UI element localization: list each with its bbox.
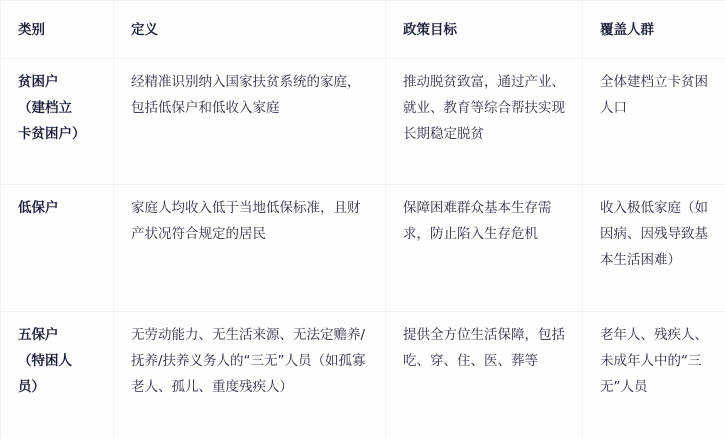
cell-coverage: 收入极低家庭（如因病、因残导致基本生活困难）: [583, 185, 725, 312]
header-definition: 定义: [114, 1, 386, 59]
cell-category: 低保户: [1, 185, 114, 312]
table-header-row: 类别 定义 政策目标 覆盖人群: [1, 1, 725, 59]
cell-coverage: 全体建档立卡贫困人口: [583, 59, 725, 185]
cell-coverage: 老年人、残疾人、未成年人中的“三无”人员: [583, 312, 725, 439]
table-row: 低保户 家庭人均收入低于当地低保标准，且财产状况符合规定的居民 保障困难群众基本…: [1, 185, 725, 312]
header-policy-goal: 政策目标: [386, 1, 583, 59]
cell-definition: 无劳动能力、无生活来源、无法定赡养/抚养/扶养义务人的“三无”人员（如孤寡老人、…: [114, 312, 386, 439]
cell-definition: 家庭人均收入低于当地低保标准，且财产状况符合规定的居民: [114, 185, 386, 312]
cell-category: 五保户（特困人员）: [1, 312, 114, 439]
table-row: 五保户（特困人员） 无劳动能力、无生活来源、无法定赡养/抚养/扶养义务人的“三无…: [1, 312, 725, 439]
header-category: 类别: [1, 1, 114, 59]
cell-policy-goal: 推动脱贫致富，通过产业、就业、教育等综合帮扶实现长期稳定脱贫: [386, 59, 583, 185]
table-row: 贫困户（建档立卡贫困户） 经精准识别纳入国家扶贫系统的家庭，包括低保户和低收入家…: [1, 59, 725, 185]
cell-policy-goal: 提供全方位生活保障，包括吃、穿、住、医、葬等: [386, 312, 583, 439]
header-coverage: 覆盖人群: [583, 1, 725, 59]
cell-definition: 经精准识别纳入国家扶贫系统的家庭，包括低保户和低收入家庭: [114, 59, 386, 185]
policy-comparison-table: 类别 定义 政策目标 覆盖人群 贫困户（建档立卡贫困户） 经精准识别纳入国家扶贫…: [0, 0, 725, 439]
cell-category: 贫困户（建档立卡贫困户）: [1, 59, 114, 185]
cell-policy-goal: 保障困难群众基本生存需求，防止陷入生存危机: [386, 185, 583, 312]
